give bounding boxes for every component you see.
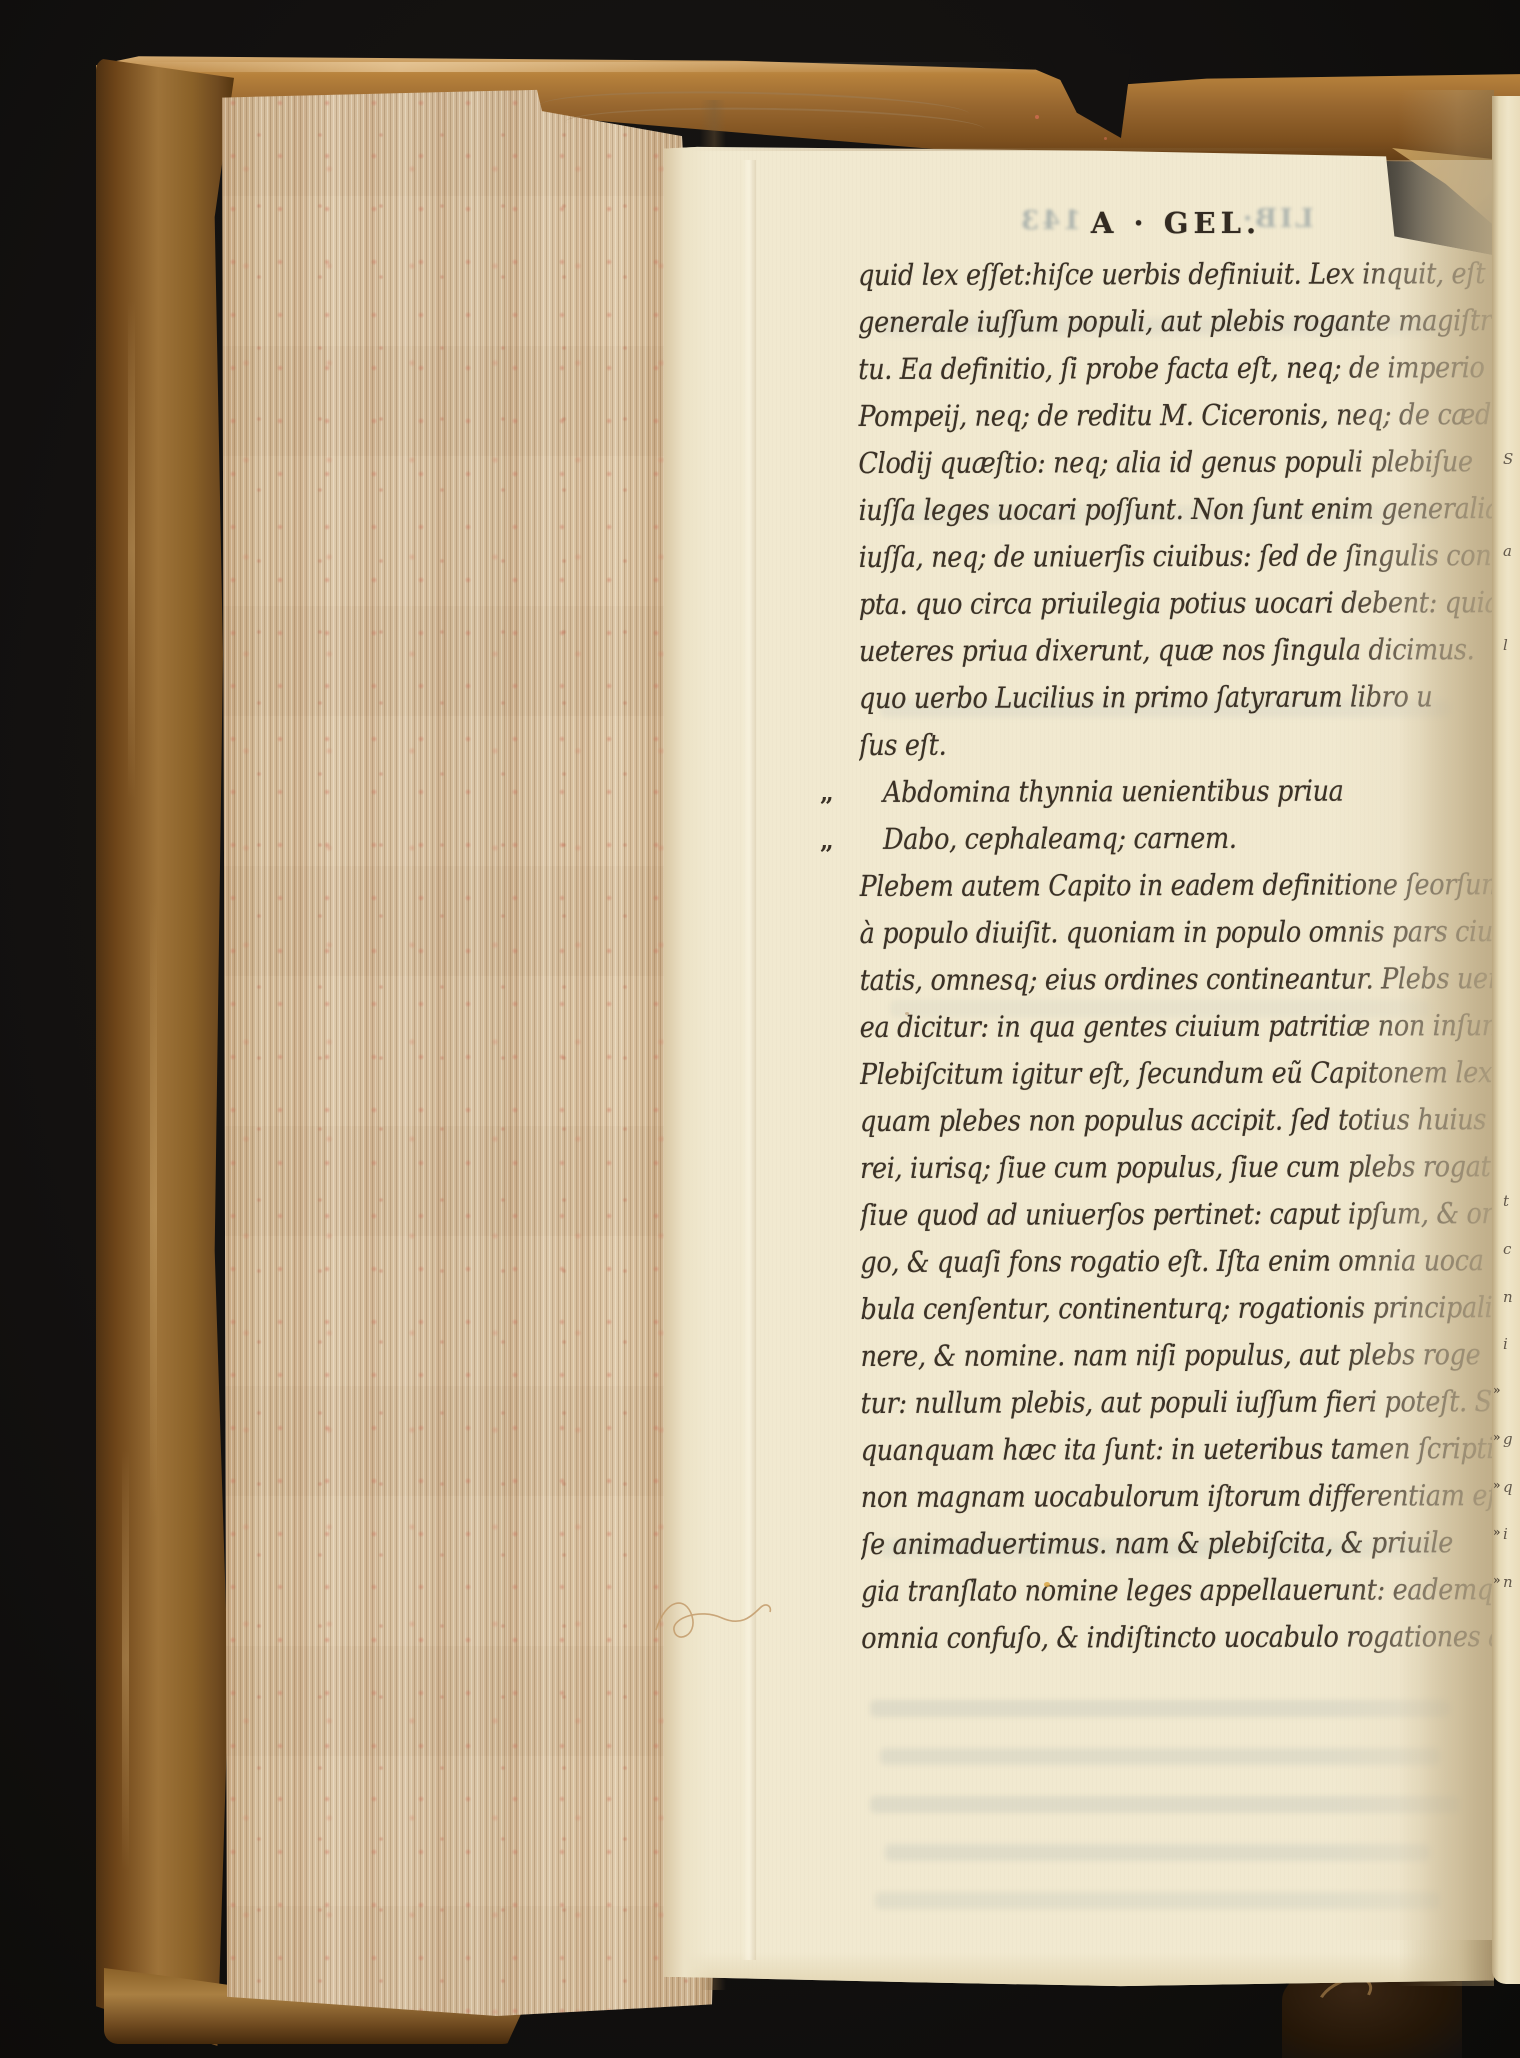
next-page-margin-mark: » [1493, 1573, 1501, 1587]
next-page-margin-mark: » [1493, 1383, 1501, 1397]
running-header: A · GEL. [1076, 206, 1276, 240]
fore-edge-page-stack [222, 86, 722, 2016]
leather-left-board [96, 58, 234, 2046]
stray-fiber [648, 1578, 778, 1668]
page-curl-fade [1330, 160, 1492, 1940]
next-page-margin-mark: » [1493, 1478, 1501, 1492]
next-page-letter-fragment: l [1503, 636, 1508, 654]
book-photograph: 143 LIB· A · GEL. quid lex eſſet:hiſce u… [0, 0, 1520, 2058]
red-speck [1104, 137, 1107, 140]
next-page-margin-mark: » [1493, 1525, 1501, 1539]
paper-crease [742, 160, 756, 1960]
next-page-letter-fragment: n [1503, 1573, 1513, 1591]
leather-streak [150, 900, 157, 1520]
leather-highlight [130, 62, 1030, 72]
next-page-letter-fragment: c [1503, 1240, 1511, 1258]
next-page-letter-fragment: a [1503, 542, 1512, 560]
next-page-letter-fragment: n [1503, 1288, 1513, 1306]
page-top-edge [690, 148, 1390, 151]
next-page-letter-fragment: i [1503, 1525, 1508, 1543]
gold-fleck [1044, 1582, 1050, 1587]
leather-streak [128, 300, 135, 800]
next-page-margin-mark: » [1493, 1430, 1501, 1444]
next-page-sliver: Saltcnigqin»»»»» [1492, 96, 1520, 1984]
next-page-letter-fragment: i [1503, 1335, 1508, 1353]
next-page-letter-fragment: S [1503, 450, 1513, 468]
next-page-letter-fragment: q [1503, 1478, 1513, 1496]
next-page-letter-fragment: t [1503, 1192, 1509, 1210]
leather-streak [122, 1450, 129, 1870]
red-speck [1035, 115, 1039, 119]
verse-margin-mark: „ [820, 836, 834, 846]
next-page-letter-fragment: g [1503, 1430, 1513, 1448]
paper-fleck [905, 1012, 909, 1015]
verse-margin-mark: „ [820, 788, 834, 798]
show-through-page-number: 143 [1018, 206, 1081, 236]
